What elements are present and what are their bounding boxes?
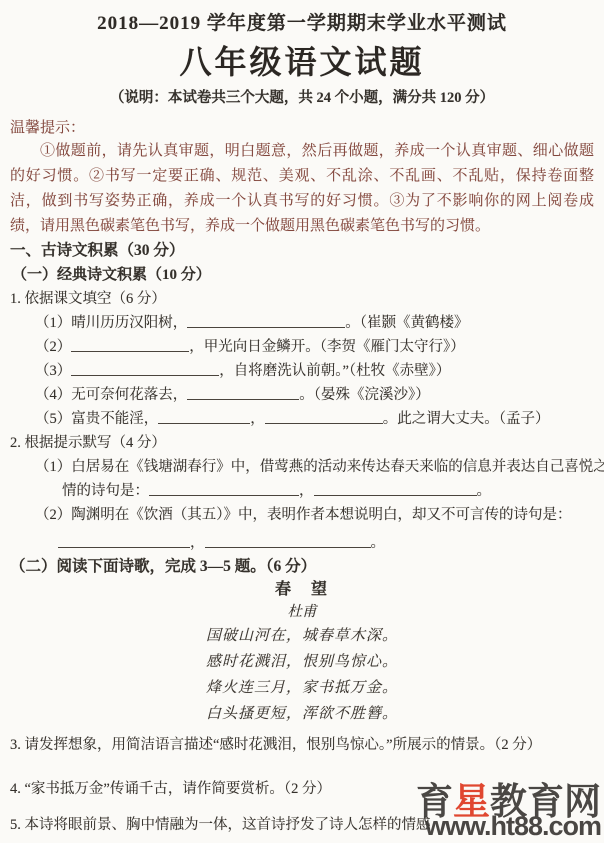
watermark-url: www.ht88.com bbox=[416, 813, 601, 840]
poem-line: 国破山河在，城春草木深。 bbox=[10, 623, 594, 649]
poem-author: 杜甫 bbox=[10, 601, 594, 623]
poem: 春 望 杜甫 国破山河在，城春草木深。 感时花溅泪，恨别鸟惊心。 烽火连三月，家… bbox=[10, 579, 594, 727]
part-one-heading: （一）经典诗文积累（10 分） bbox=[12, 263, 594, 287]
notice-body: ①做题前，请先认真审题，明白题意，然后再做题，养成一个认真审题、细心做题的好习惯… bbox=[10, 139, 594, 239]
question-3: 3. 请发挥想象，用简洁语言描述“感时花溅泪，恨别鸟惊心。”所展示的情景。（2 … bbox=[10, 733, 594, 757]
dictation-item-1-line1: （1）白居易在《钱塘湖春行》中，借莺燕的活动来传达春天来临的信息并表达自己喜悦之 bbox=[35, 455, 594, 479]
dictation-item-2-end: 。 bbox=[371, 535, 386, 551]
header: 2018—2019 学年度第一学期期末学业水平测试 八年级语文试题 （说明：本试… bbox=[10, 12, 594, 109]
answer-blank bbox=[205, 534, 371, 548]
fill-item-1-pre: （1）晴川历历汉阳树， bbox=[35, 315, 187, 331]
fill-item-4: （4）无可奈何花落去，。（晏殊《浣溪沙》） bbox=[35, 383, 594, 407]
fill-item-4-post: 。（晏殊《浣溪沙》） bbox=[299, 387, 430, 403]
watermark: 育星教育网 www.ht88.com bbox=[416, 783, 601, 840]
dictation-item-2-sep: ， bbox=[190, 535, 205, 551]
answer-blank bbox=[71, 362, 219, 376]
poem-line: 烽火连三月，家书抵万金。 bbox=[10, 675, 594, 701]
fill-item-3: （3），自将磨洗认前朝。”（杜牧《赤壁》） bbox=[35, 359, 594, 383]
poem-line: 感时花溅泪，恨别鸟惊心。 bbox=[10, 649, 594, 675]
question-1-stem: 1. 依据课文填空（6 分） bbox=[10, 287, 594, 311]
fill-item-5-pre: （5）富贵不能淫， bbox=[35, 411, 158, 427]
answer-blank bbox=[187, 386, 299, 400]
exam-paper-page: 2018—2019 学年度第一学期期末学业水平测试 八年级语文试题 （说明：本试… bbox=[0, 0, 604, 843]
paper-note: （说明：本试卷共三个大题，共 24 个小题，满分共 120 分） bbox=[10, 88, 594, 109]
fill-item-4-pre: （4）无可奈何花落去， bbox=[35, 387, 187, 403]
fill-item-2-pre: （2） bbox=[35, 339, 71, 355]
answer-blank bbox=[314, 482, 477, 496]
section-one-heading: 一、古诗文积累（30 分） bbox=[10, 239, 594, 263]
poem-line: 白头搔更短，浑欲不胜簪。 bbox=[10, 701, 594, 727]
fill-item-1-post: 。（崔颢《黄鹤楼》 bbox=[345, 315, 468, 331]
fill-item-3-post: ，自将磨洗认前朝。”（杜牧《赤壁》） bbox=[219, 363, 450, 379]
paper-title: 八年级语文试题 bbox=[10, 42, 594, 82]
answer-blank bbox=[187, 314, 345, 328]
part-two-heading: （二）阅读下面诗歌，完成 3—5 题。（6 分） bbox=[10, 555, 594, 579]
dictation-item-2-line1: （2）陶渊明在《饮酒（其五）》中，表明作者本想说明白，却又不可言传的诗句是： bbox=[35, 503, 594, 527]
fill-item-3-pre: （3） bbox=[35, 363, 71, 379]
answer-blank bbox=[158, 410, 250, 424]
dictation-item-1-sep: ， bbox=[299, 483, 314, 499]
answer-blank bbox=[265, 410, 383, 424]
dictation-item-1-line2: 情的诗句是：，。 bbox=[62, 479, 594, 503]
dictation-item-1-end: 。 bbox=[477, 483, 492, 499]
fill-item-1: （1）晴川历历汉阳树，。（崔颢《黄鹤楼》 bbox=[35, 311, 594, 335]
notice-block: 温馨提示： ①做题前，请先认真审题，明白题意，然后再做题，养成一个认真审题、细心… bbox=[10, 117, 594, 239]
notice-label: 温馨提示： bbox=[10, 117, 594, 139]
answer-blank bbox=[71, 338, 189, 352]
fill-item-5: （5）富贵不能淫，，。此之谓大丈夫。（孟子） bbox=[35, 407, 594, 431]
dictation-item-2-line2: ，。 bbox=[58, 531, 594, 555]
fill-item-2-post: ，甲光向日金鳞开。（李贺《雁门太守行》） bbox=[189, 339, 465, 355]
fill-item-2: （2），甲光向日金鳞开。（李贺《雁门太守行》） bbox=[35, 335, 594, 359]
answer-blank bbox=[58, 534, 190, 548]
exam-session-title: 2018—2019 学年度第一学期期末学业水平测试 bbox=[10, 12, 594, 36]
fill-item-5-mid: ， bbox=[250, 411, 265, 427]
poem-title: 春 望 bbox=[10, 579, 594, 601]
question-2-stem: 2. 根据提示默写（4 分） bbox=[10, 431, 594, 455]
dictation-item-1-cont: 情的诗句是： bbox=[62, 483, 149, 499]
answer-blank bbox=[149, 482, 299, 496]
fill-item-5-post: 。此之谓大丈夫。（孟子） bbox=[383, 411, 550, 427]
